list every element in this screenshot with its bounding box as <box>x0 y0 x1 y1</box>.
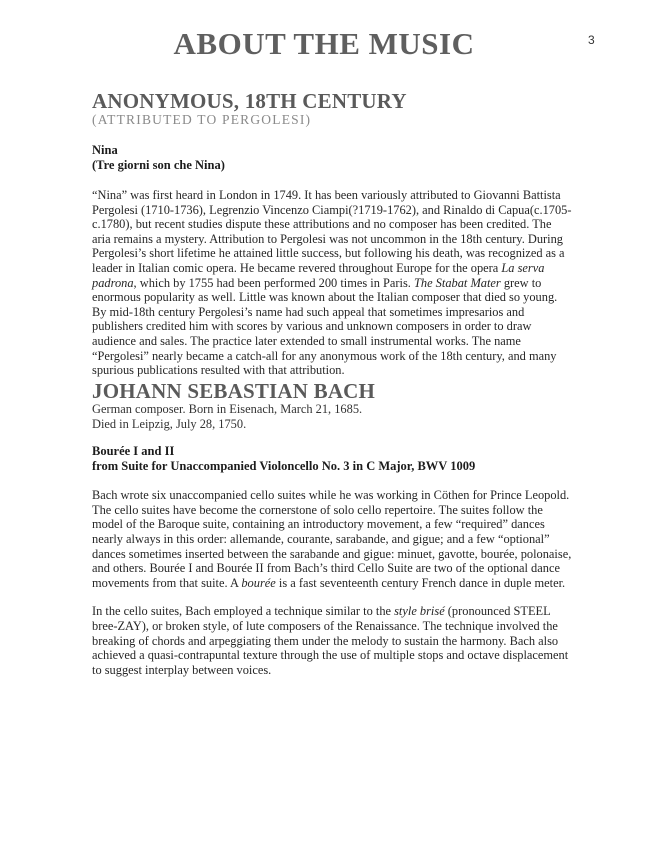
paragraph: Bach wrote six unaccompanied cello suite… <box>92 488 572 590</box>
work-subtitle: (Tre giorni son che Nina) <box>92 158 572 173</box>
italic-term: style brisé <box>394 604 445 618</box>
text-run: is a fast seventeenth century French dan… <box>276 576 565 590</box>
italic-term: bourée <box>241 576 275 590</box>
section-subheading: (ATTRIBUTED TO PERGOLESI) <box>92 112 572 128</box>
composer-bio-born: German composer. Born in Eisenach, March… <box>92 402 572 417</box>
section-heading: JOHANN SEBASTIAN BACH <box>92 380 572 402</box>
section-bach: JOHANN SEBASTIAN BACH German composer. B… <box>92 380 572 677</box>
work-title: Bourée I and II <box>92 444 572 459</box>
text-run: In the cello suites, Bach employed a tec… <box>92 604 394 618</box>
paragraph: In the cello suites, Bach employed a tec… <box>92 604 572 677</box>
text-run: Bach wrote six unaccompanied cello suite… <box>92 488 571 590</box>
section-heading: ANONYMOUS, 18TH CENTURY <box>92 90 572 112</box>
text-run: , which by 1755 had been performed 200 t… <box>134 276 414 290</box>
composer-bio-died: Died in Leipzig, July 28, 1750. <box>92 417 572 432</box>
section-anonymous: ANONYMOUS, 18TH CENTURY (ATTRIBUTED TO P… <box>92 90 572 378</box>
text-run: grew to enormous popularity as well. Lit… <box>92 276 557 378</box>
page-number: 3 <box>588 33 595 47</box>
work-title: Nina <box>92 143 572 158</box>
page-title: ABOUT THE MUSIC <box>0 26 648 62</box>
italic-title: The Stabat Mater <box>414 276 501 290</box>
paragraph: “Nina” was first heard in London in 1749… <box>92 188 572 378</box>
text-run: “Nina” was first heard in London in 1749… <box>92 188 572 275</box>
work-subtitle: from Suite for Unaccompanied Violoncello… <box>92 459 572 474</box>
